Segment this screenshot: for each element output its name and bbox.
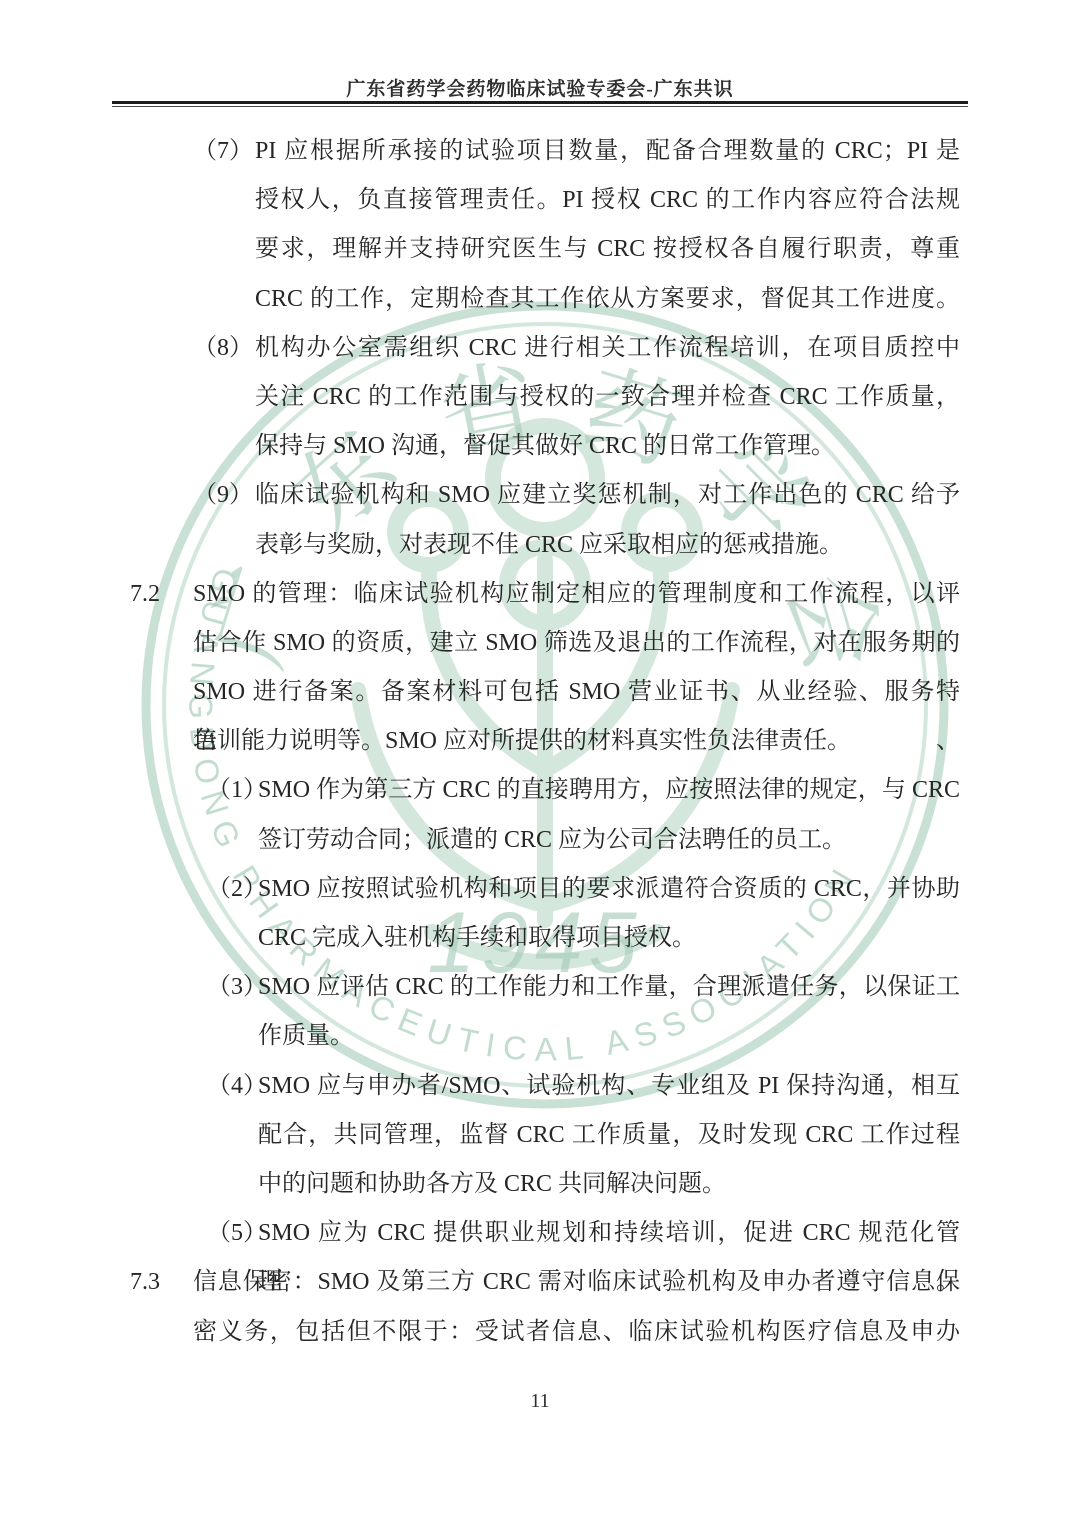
section-number: 7.2 (130, 570, 160, 619)
text-line: 培训能力说明等。SMO 应对所提供的材料真实性负法律责任。 (0, 717, 1080, 766)
text-line: CRC 完成入驻机构手续和取得项目授权。 (0, 914, 1080, 963)
text-line: 授权人，负直接管理责任。PI 授权 CRC 的工作内容应符合法规 (0, 176, 1080, 225)
line-text: 表彰与奖励，对表现不佳 CRC 应采取相应的惩戒措施。 (0, 521, 1080, 570)
line-text: 培训能力说明等。SMO 应对所提供的材料真实性负法律责任。 (0, 717, 1080, 766)
line-text: SMO 应评估 CRC 的工作能力和工作量，合理派遣任务，以保证工 (0, 963, 1080, 1012)
line-text: 密义务，包括但不限于：受试者信息、临床试验机构医疗信息及申办 (0, 1308, 1080, 1357)
text-line section-start: 7.2SMO 的管理：临床试验机构应制定相应的管理制度和工作流程，以评 (0, 570, 1080, 619)
line-text: CRC 的工作，定期检查其工作依从方案要求，督促其工作进度。 (0, 275, 1080, 324)
text-line: 关注 CRC 的工作范围与授权的一致合理并检查 CRC 工作质量， (0, 373, 1080, 422)
text-line: CRC 的工作，定期检查其工作依从方案要求，督促其工作进度。 (0, 275, 1080, 324)
text-line: 配合，共同管理，监督 CRC 工作质量，及时发现 CRC 工作过程 (0, 1111, 1080, 1160)
line-text: 保持与 SMO 沟通，督促其做好 CRC 的日常工作管理。 (0, 422, 1080, 471)
text-line: 保持与 SMO 沟通，督促其做好 CRC 的日常工作管理。 (0, 422, 1080, 471)
text-line: 密义务，包括但不限于：受试者信息、临床试验机构医疗信息及申办 (0, 1308, 1080, 1357)
text-line section-start: 7.3信息保密：SMO 及第三方 CRC 需对临床试验机构及申办者遵守信息保 (0, 1258, 1080, 1307)
page-number: 11 (0, 1390, 1080, 1413)
item-number: （4） (207, 1062, 267, 1111)
document-body: （7）PI 应根据所承接的试验项目数量，配备合理数量的 CRC；PI 是 授权人… (0, 127, 1080, 1357)
text-line: 估合作 SMO 的资质，建立 SMO 筛选及退出的工作流程，对在服务期的 (0, 619, 1080, 668)
section-number: 7.3 (130, 1258, 160, 1307)
header-rule (112, 101, 968, 107)
item-number: （1） (207, 766, 267, 815)
line-text: 配合，共同管理，监督 CRC 工作质量，及时发现 CRC 工作过程 (0, 1111, 1080, 1160)
line-text: 作质量。 (0, 1012, 1080, 1061)
line-text: 估合作 SMO 的资质，建立 SMO 筛选及退出的工作流程，对在服务期的 (0, 619, 1080, 668)
text-line: 表彰与奖励，对表现不佳 CRC 应采取相应的惩戒措施。 (0, 521, 1080, 570)
item-number: （9） (193, 471, 253, 520)
text-line: （1）SMO 作为第三方 CRC 的直接聘用方，应按照法律的规定，与 CRC (0, 766, 1080, 815)
text-line: （9）临床试验机构和 SMO 应建立奖惩机制，对工作出色的 CRC 给予 (0, 471, 1080, 520)
text-line: （5）SMO 应为 CRC 提供职业规划和持续培训，促进 CRC 规范化管理。 (0, 1209, 1080, 1258)
line-text: 信息保密：SMO 及第三方 CRC 需对临床试验机构及申办者遵守信息保 (0, 1258, 1080, 1307)
line-text: 临床试验机构和 SMO 应建立奖惩机制，对工作出色的 CRC 给予 (0, 471, 1080, 520)
item-number: （8） (193, 324, 253, 373)
text-line: SMO 进行备案。备案材料可包括 SMO 营业证书、从业经验、服务特色、 (0, 668, 1080, 717)
text-line: （3）SMO 应评估 CRC 的工作能力和工作量，合理派遣任务，以保证工 (0, 963, 1080, 1012)
item-number: （3） (207, 963, 267, 1012)
text-line: （2）SMO 应按照试验机构和项目的要求派遣符合资质的 CRC，并协助 (0, 865, 1080, 914)
text-line: 中的问题和协助各方及 CRC 共同解决问题。 (0, 1160, 1080, 1209)
line-text: 签订劳动合同；派遣的 CRC 应为公司合法聘任的员工。 (0, 816, 1080, 865)
line-text: 关注 CRC 的工作范围与授权的一致合理并检查 CRC 工作质量， (0, 373, 1080, 422)
document-page: 广 东 省 药 学 会 GUANGDONG PHARMACEUTICAL ASS… (0, 0, 1080, 1527)
line-text: 中的问题和协助各方及 CRC 共同解决问题。 (0, 1160, 1080, 1209)
line-text: SMO 作为第三方 CRC 的直接聘用方，应按照法律的规定，与 CRC (0, 766, 1080, 815)
item-number: （5） (207, 1209, 267, 1258)
line-text: SMO 应与申办者/SMO、试验机构、专业组及 PI 保持沟通，相互 (0, 1062, 1080, 1111)
text-line: 作质量。 (0, 1012, 1080, 1061)
line-text: SMO 的管理：临床试验机构应制定相应的管理制度和工作流程，以评 (0, 570, 1080, 619)
item-number: （2） (207, 865, 267, 914)
item-number: （7） (193, 127, 253, 176)
line-text: SMO 应按照试验机构和项目的要求派遣符合资质的 CRC，并协助 (0, 865, 1080, 914)
header-title: 广东省药学会药物临床试验专委会-广东共识 (0, 74, 1080, 101)
line-text: 授权人，负直接管理责任。PI 授权 CRC 的工作内容应符合法规 (0, 176, 1080, 225)
line-text: 要求，理解并支持研究医生与 CRC 按授权各自履行职责，尊重 (0, 225, 1080, 274)
line-text: 机构办公室需组织 CRC 进行相关工作流程培训，在项目质控中 (0, 324, 1080, 373)
text-line: （4）SMO 应与申办者/SMO、试验机构、专业组及 PI 保持沟通，相互 (0, 1062, 1080, 1111)
text-line: （7）PI 应根据所承接的试验项目数量，配备合理数量的 CRC；PI 是 (0, 127, 1080, 176)
line-text: CRC 完成入驻机构手续和取得项目授权。 (0, 914, 1080, 963)
text-line: 要求，理解并支持研究医生与 CRC 按授权各自履行职责，尊重 (0, 225, 1080, 274)
line-text: PI 应根据所承接的试验项目数量，配备合理数量的 CRC；PI 是 (0, 127, 1080, 176)
text-line: （8）机构办公室需组织 CRC 进行相关工作流程培训，在项目质控中 (0, 324, 1080, 373)
text-line: 签订劳动合同；派遣的 CRC 应为公司合法聘任的员工。 (0, 816, 1080, 865)
